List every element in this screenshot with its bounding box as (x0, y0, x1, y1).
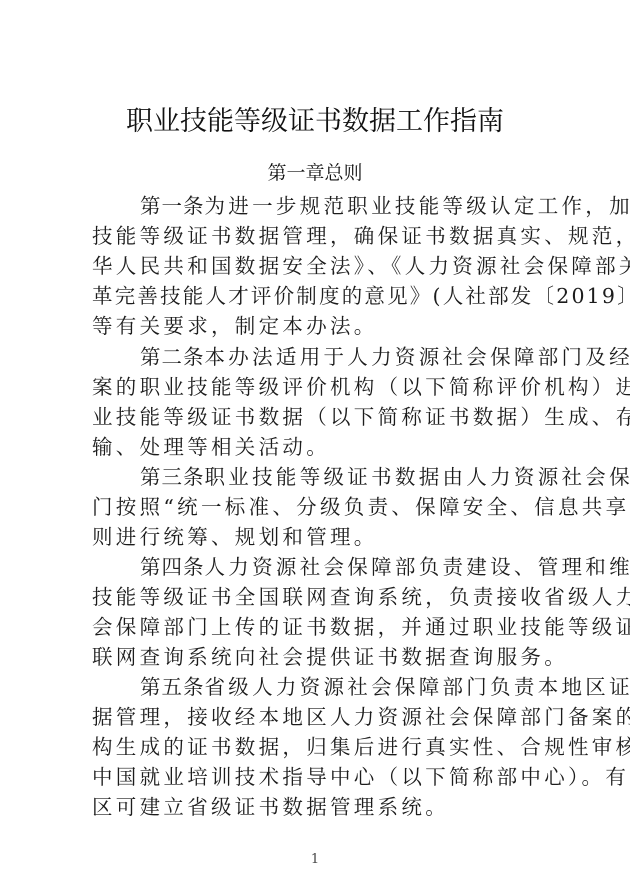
article-line: 革完善技能人才评价制度的意见》(人社部发〔2019〕90号) (92, 281, 542, 311)
article-line: 则进行统筹、规划和管理。 (92, 522, 542, 552)
article-line: 业技能等级证书数据（以下简称证书数据）生成、存储、传 (92, 402, 542, 432)
chapter-heading: 第一章总则 (0, 160, 630, 186)
article-2: 第二条本办法适用于人力资源社会保障部门及经其备 案的职业技能等级评价机构（以下简… (92, 342, 542, 462)
article-line: 第五条省级人力资源社会保障部门负责本地区证书数 (92, 672, 542, 702)
article-lead: 第三条 (140, 465, 205, 489)
article-line: 构生成的证书数据，归集后进行真实性、合规性审核，上传 (92, 732, 542, 762)
article-5: 第五条省级人力资源社会保障部门负责本地区证书数 据管理，接收经本地区人力资源社会… (92, 672, 542, 822)
article-line: 区可建立省级证书数据管理系统。 (92, 792, 542, 822)
document-page: 职业技能等级证书数据工作指南 第一章总则 第一条为进一步规范职业技能等级认定工作… (0, 0, 630, 891)
article-lead: 第一条 (140, 194, 205, 218)
article-3: 第三条职业技能等级证书数据由人力资源社会保障部 门按照“统一标准、分级负责、保障… (92, 462, 542, 552)
article-lead: 第二条 (140, 345, 205, 369)
article-line: 门按照“统一标准、分级负责、保障安全、信息共享”的原 (92, 492, 542, 522)
article-line: 案的职业技能等级评价机构（以下简称评价机构）进行的职 (92, 372, 542, 402)
article-line: 据管理，接收经本地区人力资源社会保障部门备案的评价机 (92, 702, 542, 732)
article-line: 第二条本办法适用于人力资源社会保障部门及经其备 (92, 342, 542, 372)
article-line: 等有关要求，制定本办法。 (92, 311, 542, 341)
article-line: 输、处理等相关活动。 (92, 432, 542, 462)
article-line: 华人民共和国数据安全法》、《人力资源社会保障部关于改 (92, 251, 542, 281)
article-line: 技能等级证书数据管理，确保证书数据真实、规范，根据《中 (92, 221, 542, 251)
article-line: 第一条为进一步规范职业技能等级认定工作，加强职业 (92, 191, 542, 221)
article-line: 第四条人力资源社会保障部负责建设、管理和维护职业 (92, 552, 542, 582)
article-lead: 第四条 (140, 555, 205, 579)
article-line: 会保障部门上传的证书数据，并通过职业技能等级证书全国 (92, 612, 542, 642)
article-line: 联网查询系统向社会提供证书数据查询服务。 (92, 642, 542, 672)
article-lead: 第五条 (140, 675, 205, 699)
article-line: 第三条职业技能等级证书数据由人力资源社会保障部 (92, 462, 542, 492)
article-4: 第四条人力资源社会保障部负责建设、管理和维护职业 技能等级证书全国联网查询系统，… (92, 552, 542, 672)
article-line: 技能等级证书全国联网查询系统，负责接收省级人力资源社 (92, 582, 542, 612)
document-title: 职业技能等级证书数据工作指南 (0, 104, 630, 140)
article-1: 第一条为进一步规范职业技能等级认定工作，加强职业 技能等级证书数据管理，确保证书… (92, 191, 542, 341)
page-number: 1 (0, 852, 630, 867)
article-line: 中国就业培训技术指导中心（以下简称部中心）。有条件地 (92, 762, 542, 792)
